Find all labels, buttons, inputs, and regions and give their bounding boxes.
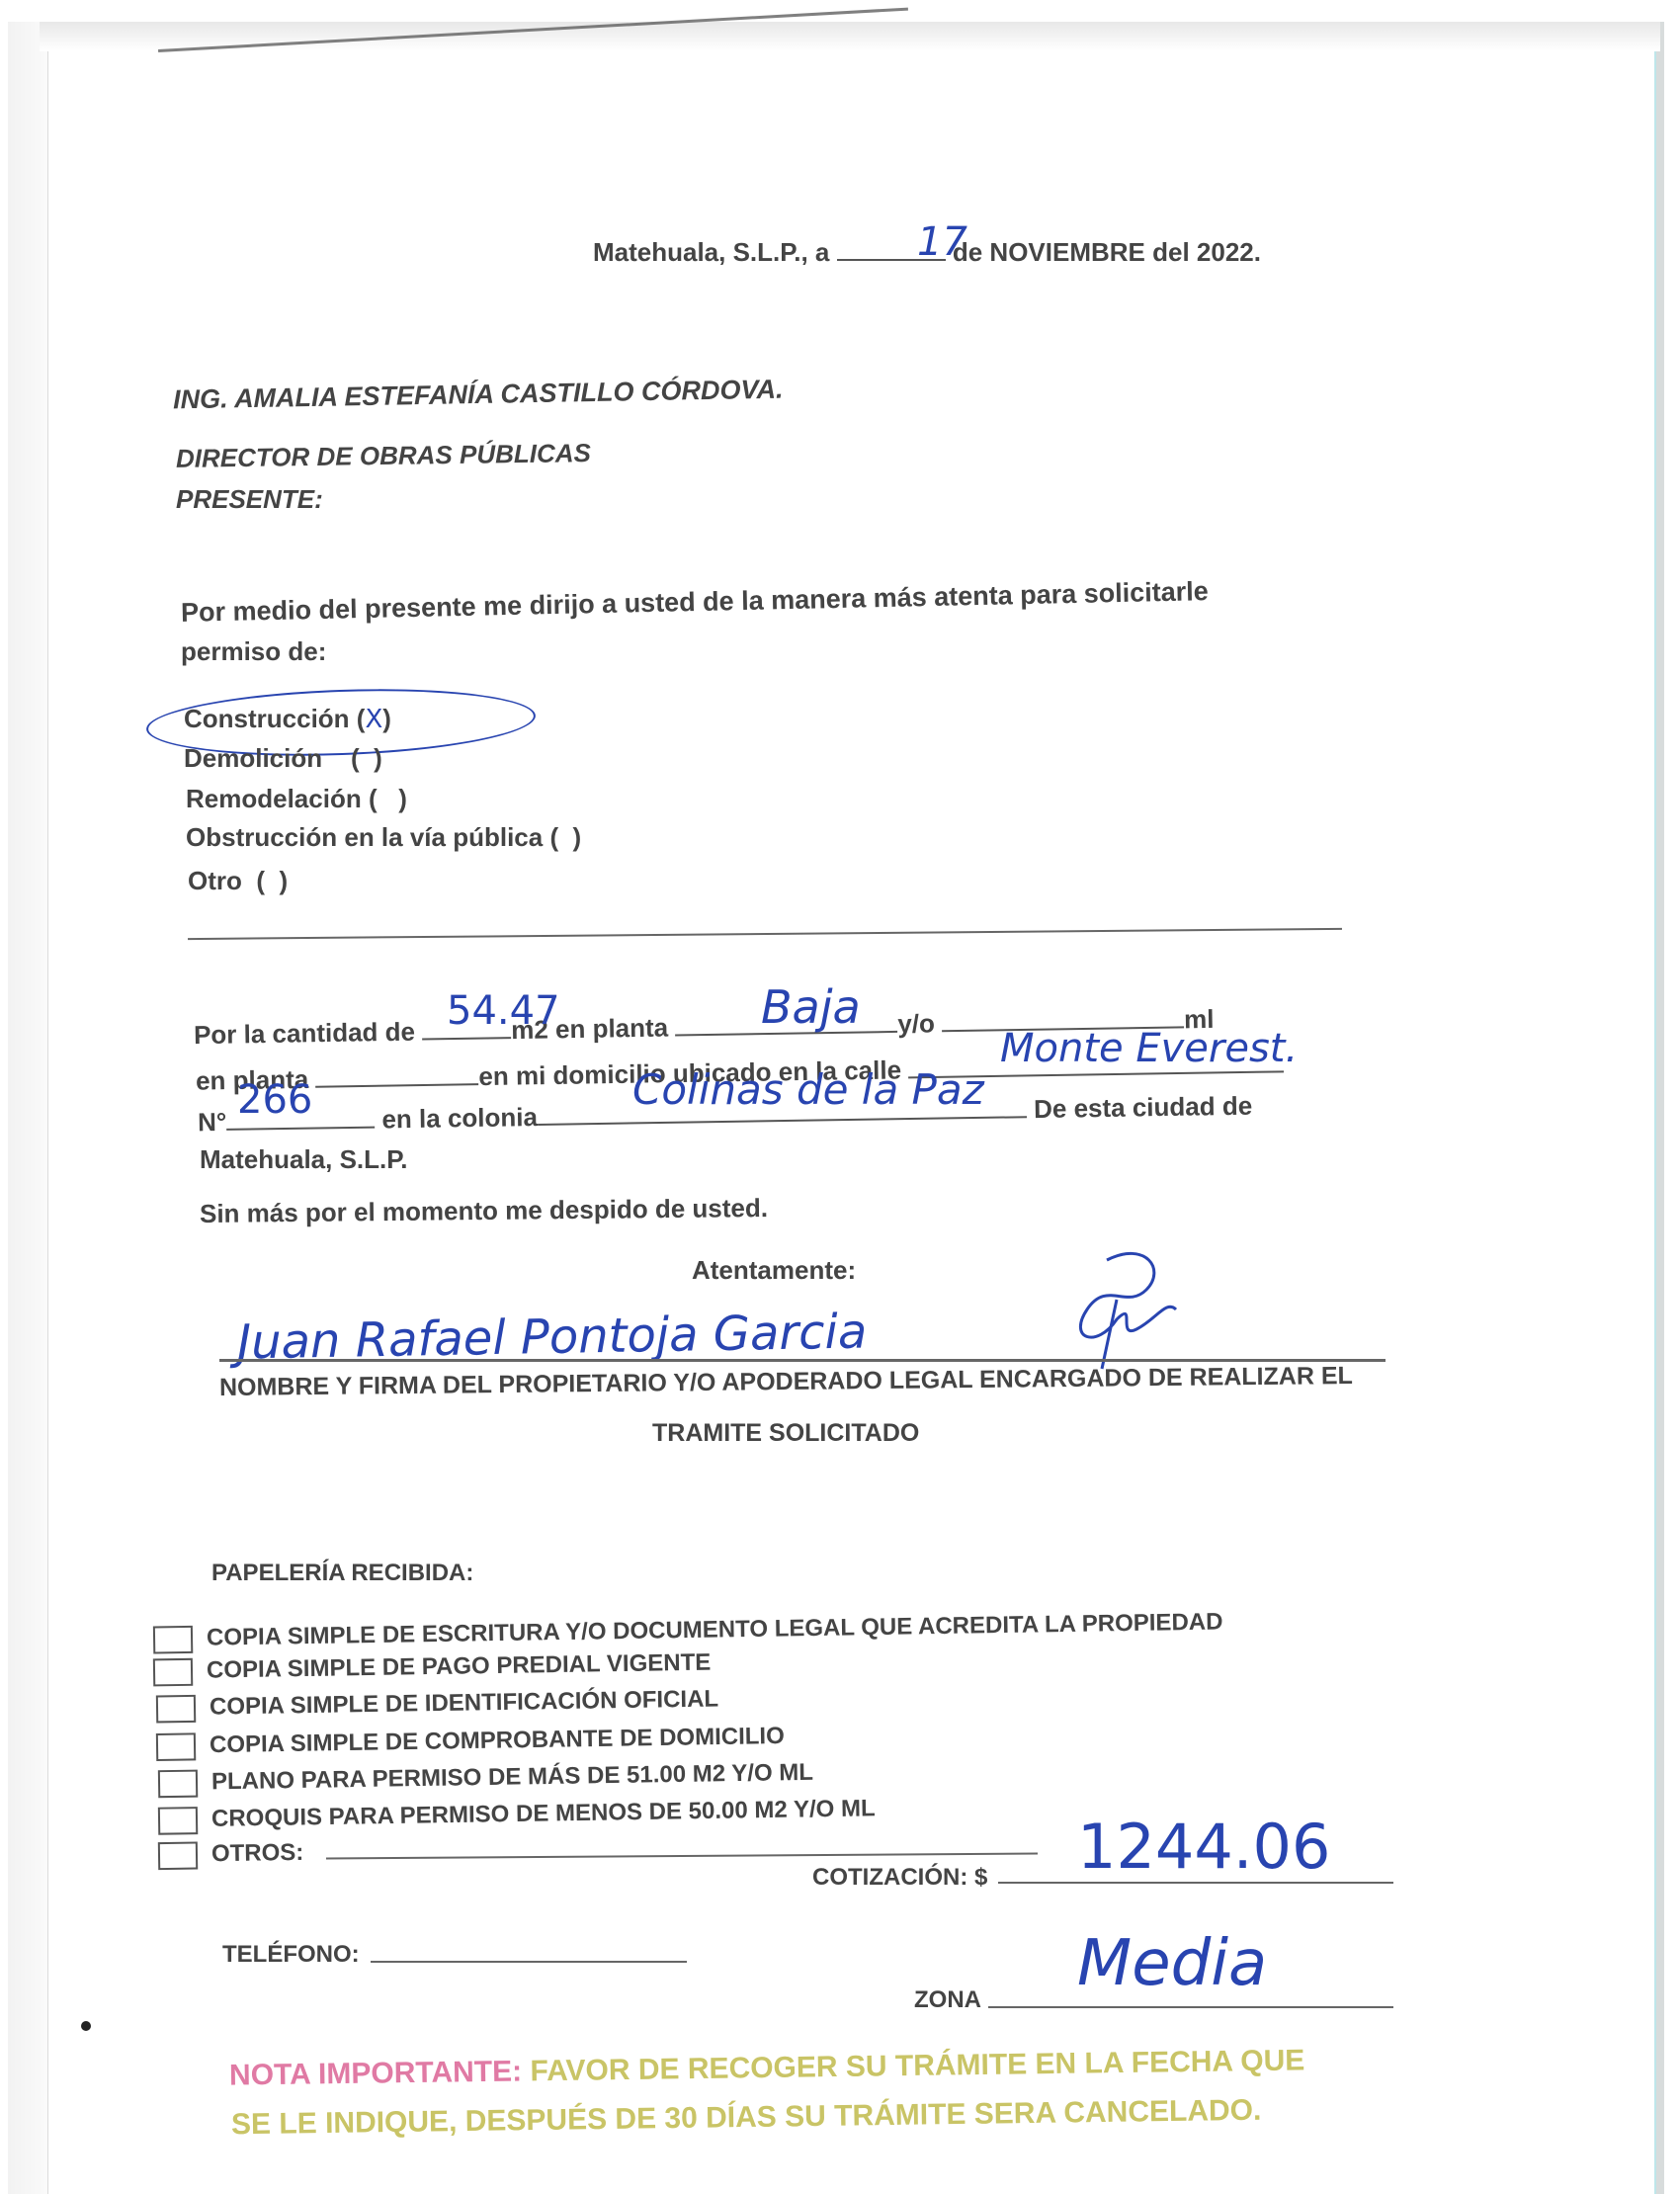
planta-handwritten: Baja bbox=[761, 980, 861, 1034]
papeleria-item[interactable]: PLANO PARA PERMISO DE MÁS DE 51.00 M2 Y/… bbox=[158, 1759, 813, 1798]
intro-line-2: permiso de: bbox=[181, 636, 326, 667]
checkbox[interactable] bbox=[158, 1807, 198, 1835]
construccion-mark: X bbox=[365, 705, 382, 734]
colonia-blank bbox=[538, 1115, 1027, 1126]
papeleria-item[interactable]: COPIA SIMPLE DE COMPROBANTE DE DOMICILIO bbox=[156, 1723, 785, 1761]
permit-option-demolicion[interactable]: Demolición ( ) bbox=[184, 743, 382, 774]
papeleria-item-label: COPIA SIMPLE DE COMPROBANTE DE DOMICILIO bbox=[210, 1723, 785, 1758]
checkbox[interactable] bbox=[156, 1732, 196, 1761]
intro-line-1: Por medio del presente me dirijo a usted… bbox=[181, 576, 1209, 629]
number-handwritten: 266 bbox=[237, 1077, 312, 1123]
otro-blank-line bbox=[188, 928, 1342, 940]
telefono-label: TELÉFONO: bbox=[222, 1941, 360, 1969]
zona-label: ZONA bbox=[914, 1986, 981, 2014]
cotizacion-handwritten: 1244.06 bbox=[1077, 1811, 1330, 1883]
papeleria-item[interactable]: OTROS: bbox=[158, 1839, 304, 1870]
signature-scribble-icon bbox=[1048, 1240, 1186, 1379]
signature-line bbox=[219, 1359, 1386, 1362]
scan-dot bbox=[81, 2021, 91, 2031]
papeleria-item-label: COPIA SIMPLE DE IDENTIFICACIÓN OFICIAL bbox=[210, 1686, 718, 1721]
number-blank bbox=[226, 1126, 375, 1131]
telefono-blank bbox=[371, 1961, 687, 1963]
papeleria-item-label: CROQUIS PARA PERMISO DE MENOS DE 50.00 M… bbox=[211, 1795, 876, 1832]
planta2-blank bbox=[316, 1082, 479, 1088]
signature-caption-2: TRAMITE SOLICITADO bbox=[652, 1419, 919, 1448]
otros-blank-line bbox=[326, 1852, 1038, 1859]
page-edge-left bbox=[8, 22, 48, 2194]
checkbox[interactable] bbox=[156, 1694, 196, 1723]
checkbox[interactable] bbox=[158, 1841, 198, 1870]
closing-text: Sin más por el momento me despido de ust… bbox=[200, 1193, 768, 1229]
cotizacion-label: COTIZACIÓN: $ bbox=[812, 1864, 987, 1892]
quantity-blank bbox=[422, 1036, 511, 1040]
zona-handwritten: Media bbox=[1077, 1927, 1267, 2000]
regards-text: Atentamente: bbox=[692, 1255, 856, 1286]
recipient-name: ING. AMALIA ESTEFANÍA CASTILLO CÓRDOVA. bbox=[173, 375, 784, 416]
colonia-handwritten: Colinas de la Paz bbox=[632, 1065, 984, 1114]
permit-option-remodelacion[interactable]: Remodelación ( ) bbox=[186, 784, 407, 814]
place-date-suffix: de NOVIEMBRE del 2022. bbox=[953, 237, 1261, 267]
recipient-greeting: PRESENTE: bbox=[176, 484, 323, 515]
details-city: Matehuala, S.L.P. bbox=[200, 1144, 407, 1175]
nota-label: NOTA IMPORTANTE: bbox=[229, 2055, 523, 2091]
papeleria-item-label: OTROS: bbox=[211, 1839, 304, 1867]
papeleria-item-label: COPIA SIMPLE DE ESCRITURA Y/O DOCUMENTO … bbox=[207, 1608, 1223, 1650]
day-handwritten: 17 bbox=[917, 219, 967, 265]
scanned-page: Matehuala, S.L.P., a de NOVIEMBRE del 20… bbox=[0, 0, 1680, 2194]
papeleria-item[interactable]: COPIA SIMPLE DE PAGO PREDIAL VIGENTE bbox=[153, 1649, 712, 1687]
permit-option-otro[interactable]: Otro ( ) bbox=[188, 866, 288, 896]
street-handwritten: Monte Everest. bbox=[1000, 1026, 1298, 1071]
permit-option-obstruccion[interactable]: Obstrucción en la vía pública ( ) bbox=[186, 822, 581, 853]
papeleria-item-label: PLANO PARA PERMISO DE MÁS DE 51.00 M2 Y/… bbox=[211, 1759, 813, 1796]
nota-text-1: FAVOR DE RECOGER SU TRÁMITE EN LA FECHA … bbox=[530, 2044, 1304, 2087]
permit-option-construccion[interactable]: Construcción (X) bbox=[184, 704, 391, 734]
papeleria-item[interactable]: COPIA SIMPLE DE IDENTIFICACIÓN OFICIAL bbox=[156, 1686, 719, 1724]
nota-line-1: NOTA IMPORTANTE: FAVOR DE RECOGER SU TRÁ… bbox=[229, 2044, 1305, 2092]
papeleria-item-label: COPIA SIMPLE DE PAGO PREDIAL VIGENTE bbox=[207, 1649, 712, 1684]
checkbox[interactable] bbox=[153, 1626, 193, 1654]
papeleria-item[interactable]: COPIA SIMPLE DE ESCRITURA Y/O DOCUMENTO … bbox=[153, 1608, 1223, 1653]
papeleria-title: PAPELERÍA RECIBIDA: bbox=[211, 1560, 473, 1587]
checkbox[interactable] bbox=[158, 1769, 198, 1798]
nota-line-2: SE LE INDIQUE, DESPUÉS DE 30 DÍAS SU TRÁ… bbox=[231, 2094, 1262, 2143]
place-date-prefix: Matehuala, S.L.P., a bbox=[593, 237, 829, 267]
zona-blank bbox=[988, 2006, 1393, 2008]
checkbox[interactable] bbox=[153, 1657, 193, 1686]
page-edge-right bbox=[1654, 22, 1664, 2194]
quantity-handwritten: 54.47 bbox=[447, 988, 560, 1034]
top-fold-shadow bbox=[40, 22, 1660, 51]
papeleria-item[interactable]: CROQUIS PARA PERMISO DE MENOS DE 50.00 M… bbox=[158, 1795, 876, 1834]
signature-caption-1: NOMBRE Y FIRMA DEL PROPIETARIO Y/O APODE… bbox=[219, 1362, 1353, 1402]
recipient-title: DIRECTOR DE OBRAS PÚBLICAS bbox=[176, 438, 591, 474]
